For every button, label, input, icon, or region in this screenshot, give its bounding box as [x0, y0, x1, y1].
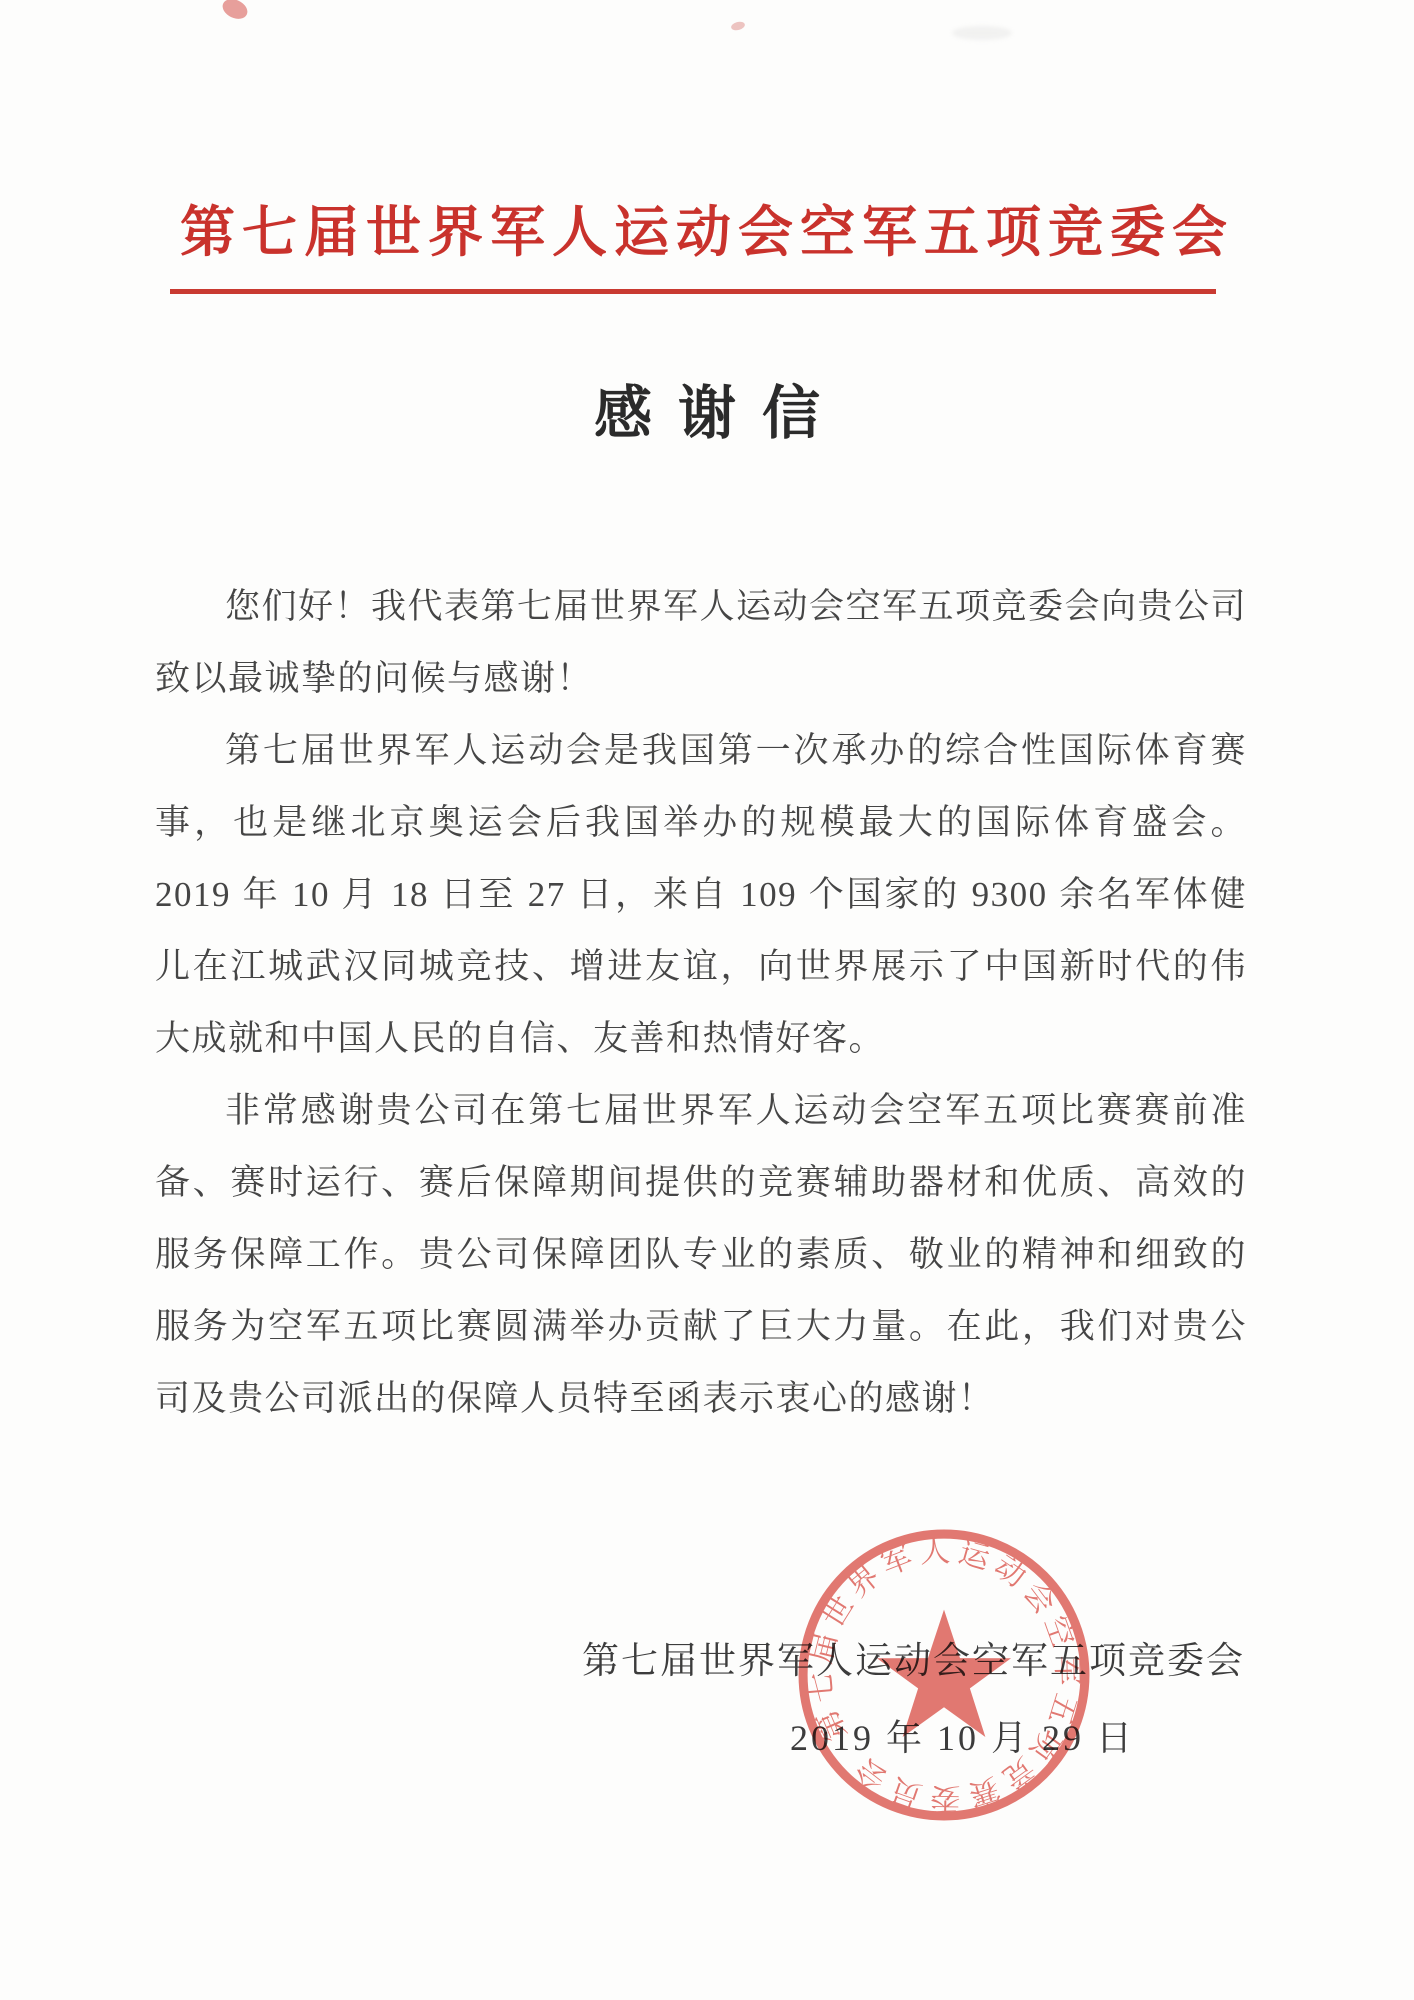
paragraph-thanks: 非常感谢贵公司在第七届世界军人运动会空军五项比赛赛前准备、赛时运行、赛后保障期间…: [155, 1075, 1247, 1435]
letterhead-org-name: 第七届世界军人运动会空军五项竞委会: [0, 188, 1414, 267]
paragraph-event-overview: 第七届世界军人运动会是我国第一次承办的综合性国际体育赛事，也是继北京奥运会后我国…: [155, 715, 1247, 1075]
letterhead-rule: [170, 289, 1216, 294]
scanned-letter-page: 第七届世界军人运动会空军五项竞委会 感谢信 您们好！我代表第七届世界军人运动会空…: [0, 0, 1414, 2000]
scan-artifact: [219, 0, 250, 23]
document-title: 感谢信: [0, 366, 1414, 450]
paragraph-greeting: 您们好！我代表第七届世界军人运动会空军五项竞委会向贵公司致以最诚挚的问候与感谢！: [155, 571, 1247, 715]
letter-body: 您们好！我代表第七届世界军人运动会空军五项竞委会向贵公司致以最诚挚的问候与感谢！…: [155, 571, 1247, 1435]
scan-artifact: [952, 26, 1012, 40]
scan-artifact: [730, 20, 746, 31]
closing-signature: 第七届世界军人运动会空军五项竞委会: [582, 1630, 1245, 1684]
closing-date: 2019 年 10 月 29 日: [790, 1710, 1135, 1761]
